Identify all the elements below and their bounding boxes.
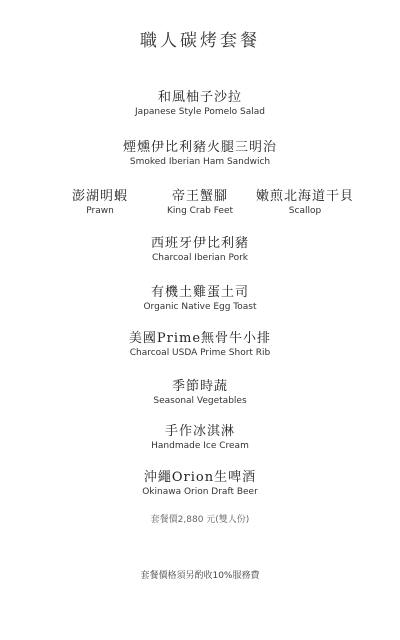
menu-item-toast: 有機土雞蛋土司 Organic Native Egg Toast: [0, 285, 400, 314]
item-name-en: King Crab Feet: [150, 205, 250, 218]
item-name-zh: 煙燻伊比利豬火腿三明治: [0, 140, 400, 156]
menu-item-scallop: 嫩煎北海道干貝 Scallop: [250, 189, 360, 218]
item-name-en: Charcoal USDA Prime Short Rib: [0, 347, 400, 360]
item-name-en: Okinawa Orion Draft Beer: [0, 486, 400, 499]
menu-item-salad: 和風柚子沙拉 Japanese Style Pomelo Salad: [0, 90, 400, 119]
item-name-zh: 手作冰淇淋: [0, 424, 400, 440]
item-name-zh: 西班牙伊比利豬: [0, 236, 400, 252]
item-name-zh: 和風柚子沙拉: [0, 90, 400, 106]
item-name-en: Smoked Iberian Ham Sandwich: [0, 156, 400, 169]
item-name-en: Seasonal Vegetables: [0, 395, 400, 408]
menu-item-king-crab: 帝王蟹腳 King Crab Feet: [150, 189, 250, 218]
menu-item-beer: 沖繩Orion生啤酒 Okinawa Orion Draft Beer: [0, 470, 400, 499]
menu-title: 職人碳烤套餐: [0, 26, 400, 51]
item-name-en: Scallop: [250, 205, 360, 218]
menu-item-sandwich: 煙燻伊比利豬火腿三明治 Smoked Iberian Ham Sandwich: [0, 140, 400, 169]
item-name-en: Prawn: [60, 205, 140, 218]
menu-item-prawn: 澎湖明蝦 Prawn: [60, 189, 140, 218]
item-name-zh: 沖繩Orion生啤酒: [0, 470, 400, 486]
item-name-en: Charcoal Iberian Pork: [0, 252, 400, 265]
item-name-zh: 澎湖明蝦: [60, 189, 140, 205]
set-price: 套餐價2,880 元(雙人份): [0, 512, 400, 525]
item-name-zh: 有機土雞蛋土司: [0, 285, 400, 301]
menu-item-vegetables: 季節時蔬 Seasonal Vegetables: [0, 379, 400, 408]
item-name-zh: 季節時蔬: [0, 379, 400, 395]
item-name-zh: 帝王蟹腳: [150, 189, 250, 205]
item-name-zh: 美國Prime無骨牛小排: [0, 331, 400, 347]
item-name-en: Organic Native Egg Toast: [0, 301, 400, 314]
menu-item-shortrib: 美國Prime無骨牛小排 Charcoal USDA Prime Short R…: [0, 331, 400, 360]
item-name-en: Japanese Style Pomelo Salad: [0, 106, 400, 119]
item-name-en: Handmade Ice Cream: [0, 440, 400, 453]
menu-item-icecream: 手作冰淇淋 Handmade Ice Cream: [0, 424, 400, 453]
service-charge-note: 套餐價格須另酌收10%服務費: [0, 568, 400, 581]
item-name-zh: 嫩煎北海道干貝: [250, 189, 360, 205]
menu-item-pork: 西班牙伊比利豬 Charcoal Iberian Pork: [0, 236, 400, 265]
